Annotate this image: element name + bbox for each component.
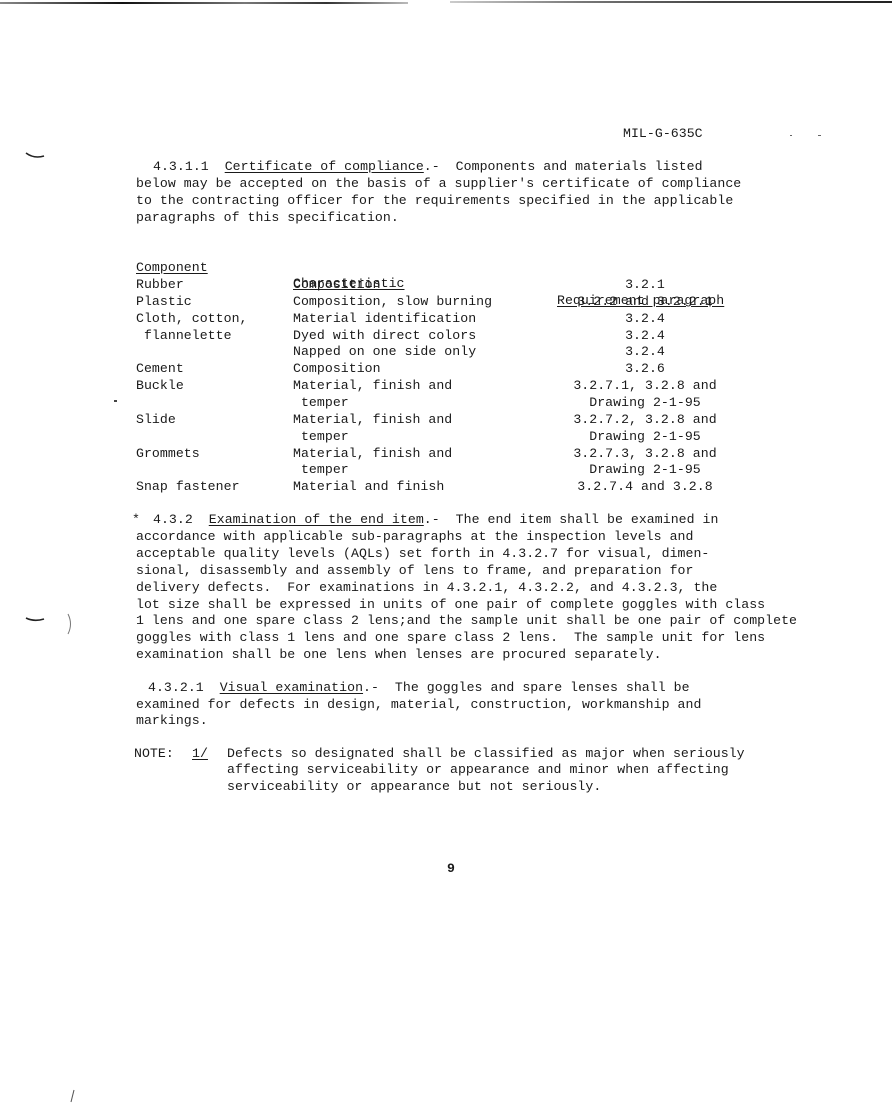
paragraph-line: accordance with applicable sub-paragraph…: [136, 529, 693, 546]
binder-mark-icon: [24, 612, 74, 638]
paragraph-line: acceptable quality levels (AQLs) set for…: [136, 546, 709, 563]
scan-speck: [818, 135, 821, 136]
section-4-3-1-1-first-line: 4.3.1.1 Certificate of compliance.- Comp…: [136, 159, 703, 176]
paragraph-line: paragraphs of this specification.: [136, 210, 399, 227]
section-title: Examination of the end item: [209, 512, 424, 527]
section-number: 4.3.2.1: [136, 680, 204, 695]
section-4-3-2-first-line: 4.3.2 Examination of the end item.- The …: [136, 512, 718, 529]
paragraph-line: markings.: [136, 713, 208, 730]
note-label: NOTE:: [134, 746, 174, 763]
scan-edge-top-right: [450, 1, 892, 3]
scan-edge-top-left: [0, 2, 408, 4]
scan-speck: [114, 400, 117, 402]
section-number: 4.3.1.1: [136, 159, 209, 174]
note-reference: 1/: [192, 746, 208, 763]
paragraph-line: 1 lens and one spare class 2 lens;and th…: [136, 613, 797, 630]
column-header-component: Component: [136, 260, 208, 277]
paragraph-line: sional, disassembly and assembly of lens…: [136, 563, 693, 580]
scan-speck-icon: [68, 1088, 78, 1104]
paragraph-line: examined for defects in design, material…: [136, 697, 701, 714]
note-line: serviceability or appearance but not ser…: [227, 779, 601, 796]
paragraph-line: examination shall be one lens when lense…: [136, 647, 662, 664]
paragraph-line: to the contracting officer for the requi…: [136, 193, 733, 210]
section-4-3-2-1-first-line: 4.3.2.1 Visual examination.- The goggles…: [136, 680, 690, 697]
section-title: Visual examination: [220, 680, 363, 695]
section-number: 4.3.2: [136, 512, 193, 527]
paragraph-line: below may be accepted on the basis of a …: [136, 176, 741, 193]
binder-mark-icon: [24, 150, 48, 162]
note-line: affecting serviceability or appearance a…: [227, 762, 729, 779]
scan-speck: [790, 135, 792, 136]
document-id: MIL-G-635C: [623, 126, 703, 143]
paragraph-line: lot size shall be expressed in units of …: [136, 597, 765, 614]
paragraph-line: goggles with class 1 lens and one spare …: [136, 630, 765, 647]
page-number: 9: [447, 861, 455, 878]
paragraph-line: delivery defects. For examinations in 4.…: [136, 580, 717, 597]
note-line: Defects so designated shall be classifie…: [227, 746, 745, 763]
section-title: Certificate of compliance: [225, 159, 424, 174]
